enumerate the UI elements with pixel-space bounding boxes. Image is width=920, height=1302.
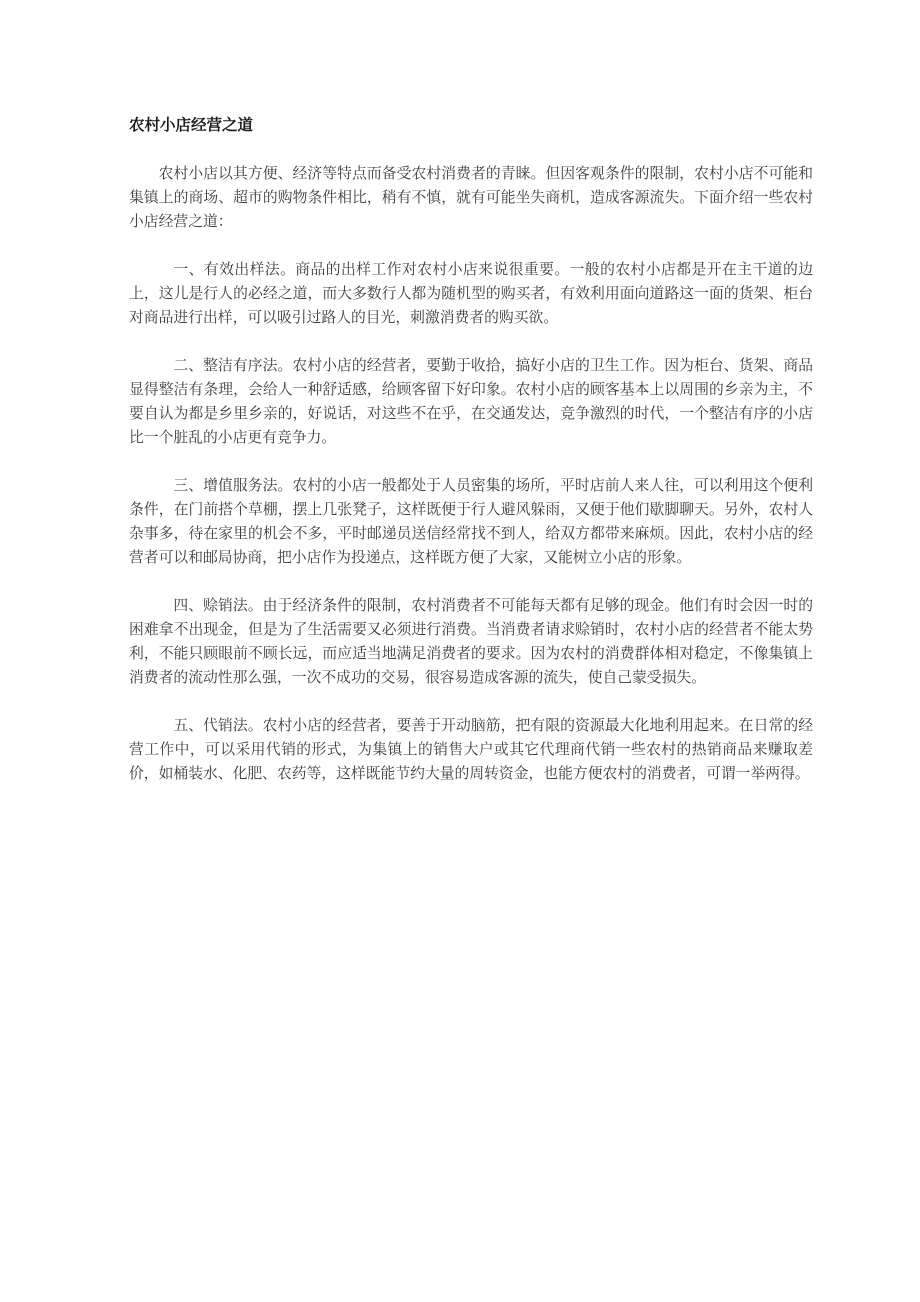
paragraph-4: 三、增值服务法。农村的小店一般都处于人员密集的场所，平时店前人来人往，可以利用这…	[129, 474, 813, 570]
paragraph-3: 二、整洁有序法。农村小店的经营者，要勤于收拾，搞好小店的卫生工作。因为柜台、货架…	[129, 354, 813, 450]
document-body: 农村小店经营之道 农村小店以其方便、经济等特点而备受农村消费者的青睐。但因客观条…	[129, 114, 813, 810]
paragraph-5: 四、赊销法。由于经济条件的限制，农村消费者不可能每天都有足够的现金。他们有时会因…	[129, 594, 813, 690]
document-title: 农村小店经营之道	[129, 114, 813, 138]
paragraph-list: 农村小店以其方便、经济等特点而备受农村消费者的青睐。但因客观条件的限制，农村小店…	[129, 162, 813, 786]
paragraph-1: 农村小店以其方便、经济等特点而备受农村消费者的青睐。但因客观条件的限制，农村小店…	[129, 162, 813, 234]
paragraph-2: 一、有效出样法。商品的出样工作对农村小店来说很重要。一般的农村小店都是开在主干道…	[129, 258, 813, 330]
document-page: { "document": { "title": "农村小店经营之道", "pa…	[0, 0, 920, 1302]
paragraph-6: 五、代销法。农村小店的经营者，要善于开动脑筋，把有限的资源最大化地利用起来。在日…	[129, 714, 813, 786]
